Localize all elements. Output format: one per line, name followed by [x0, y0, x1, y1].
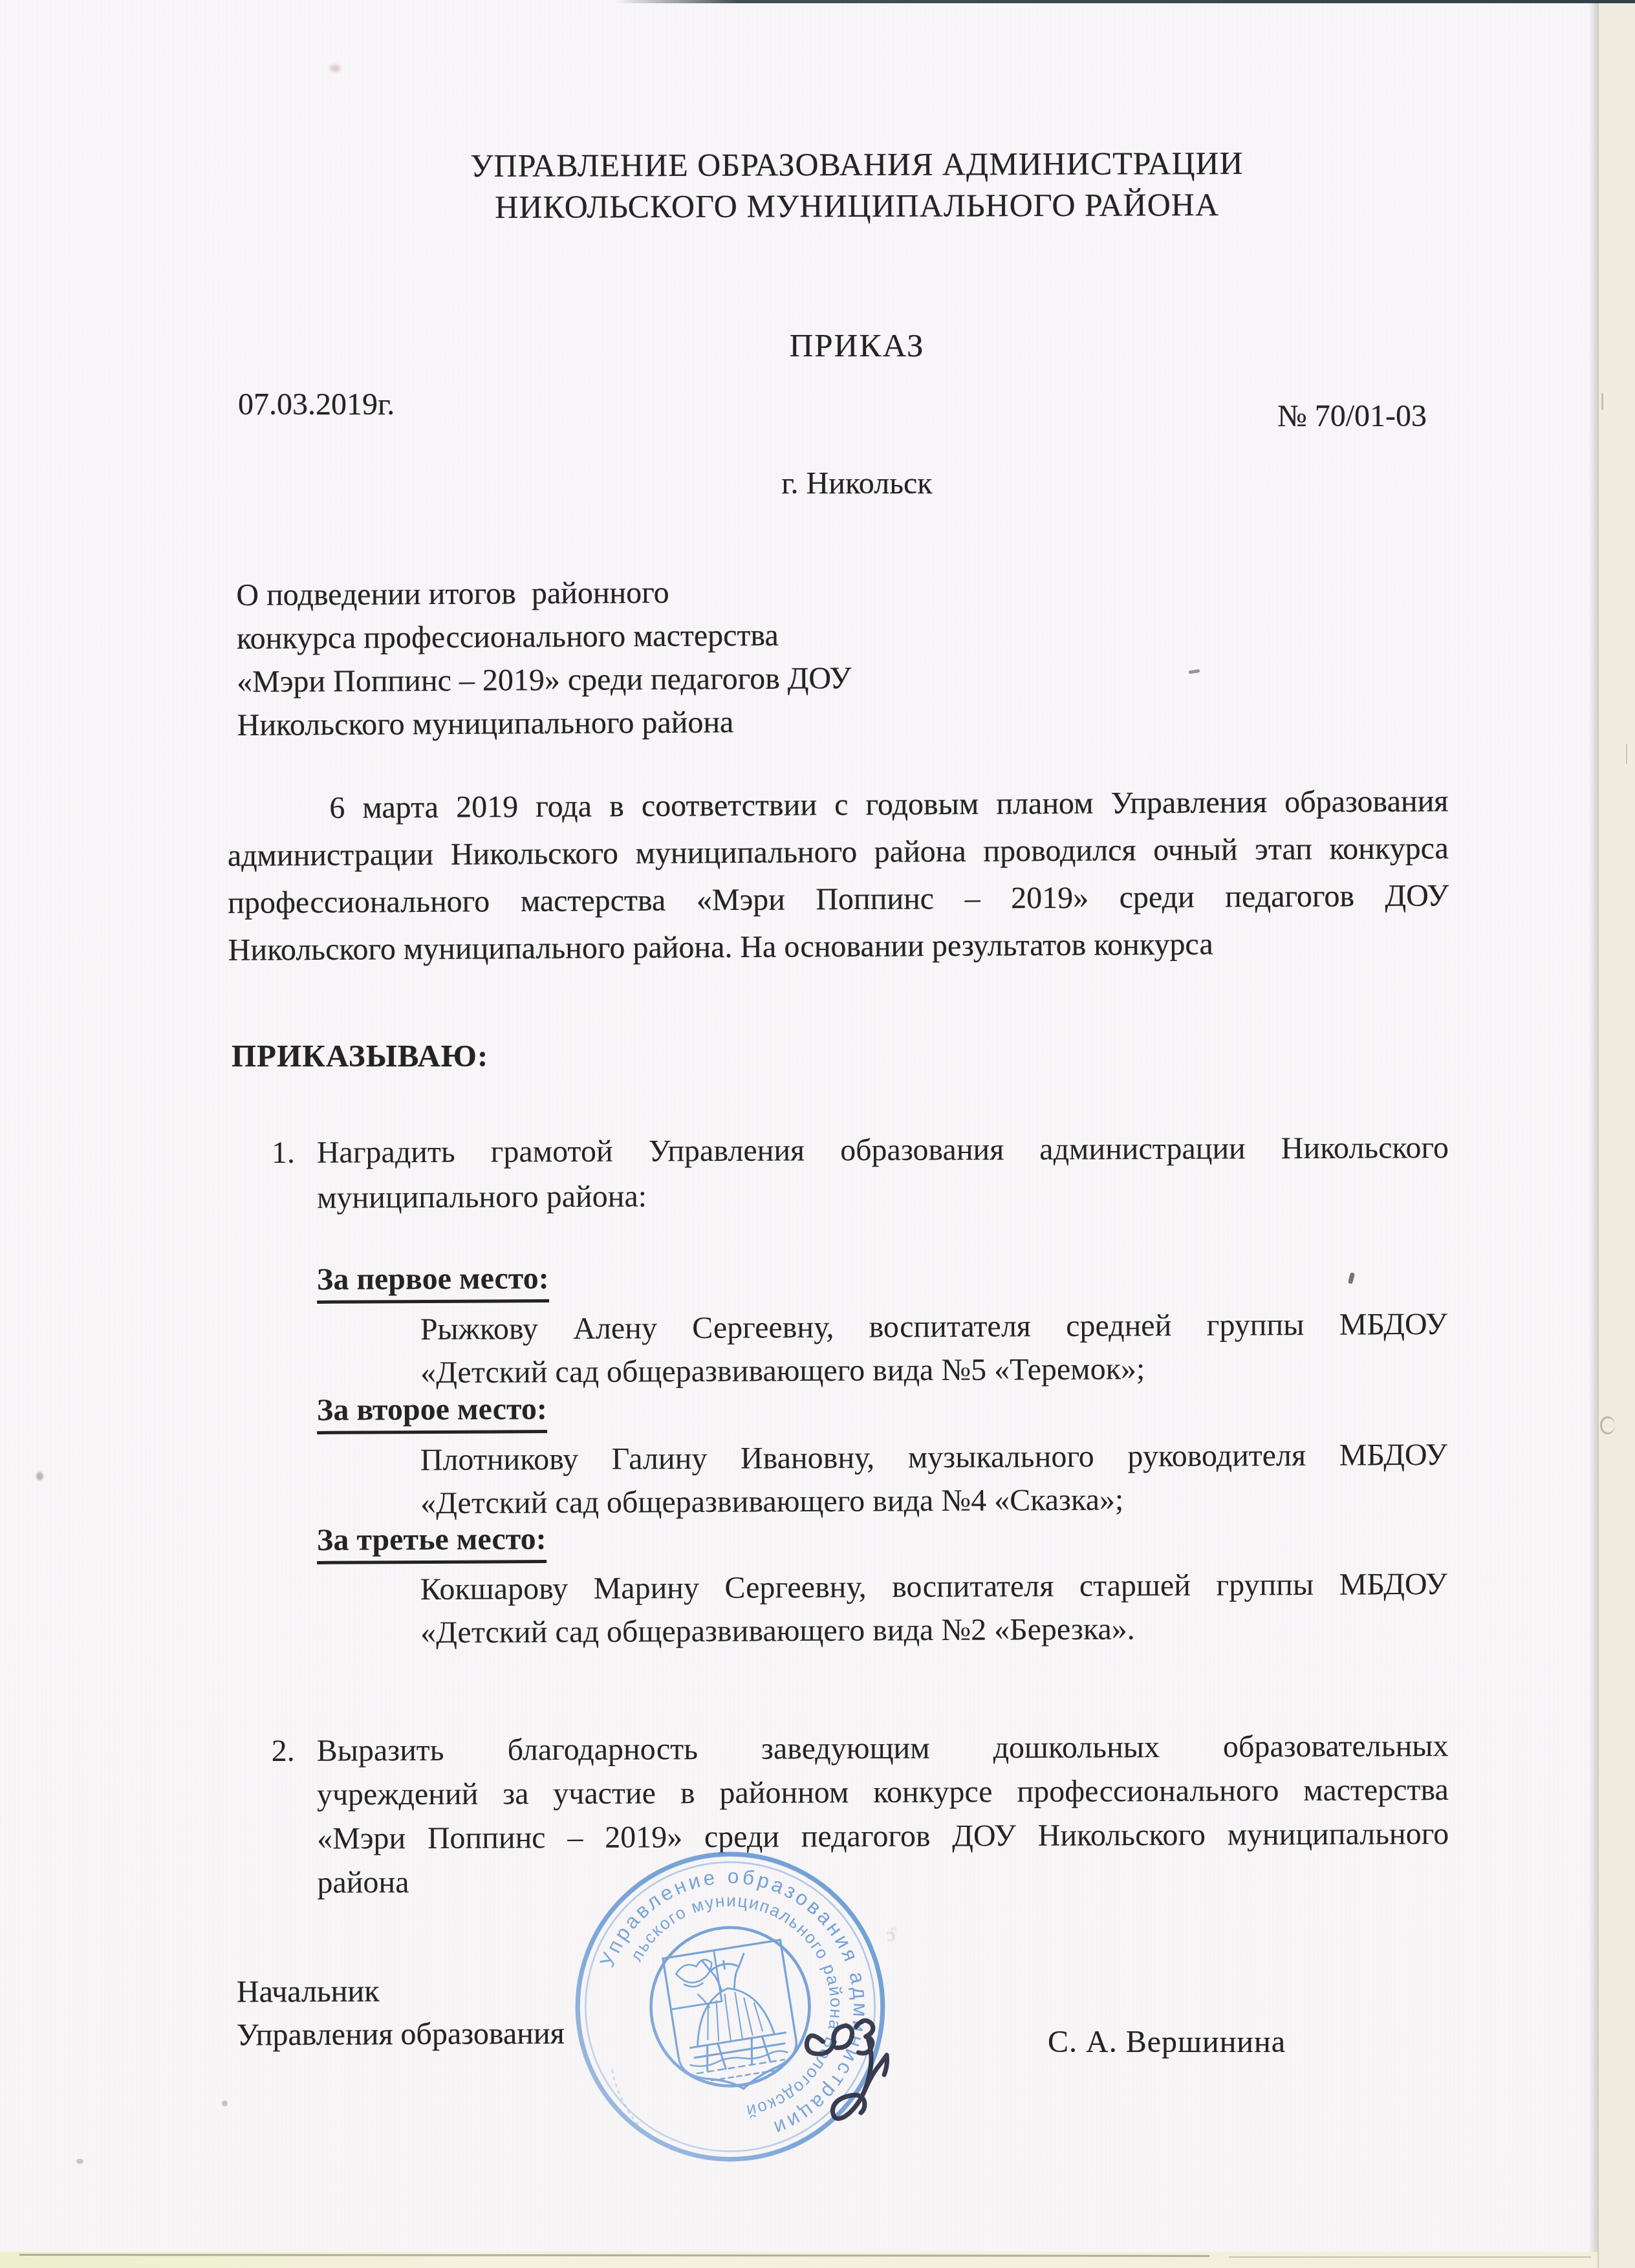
award-heading-third-place: За третье место: [317, 1521, 547, 1564]
org-name-line1: УПРАВЛЕНИЕ ОБРАЗОВАНИЯ АДМИНИСТРАЦИИ [255, 142, 1458, 187]
signer-position-line1: Начальник [237, 1973, 380, 2009]
signer-position-line2: Управления образования [237, 2016, 565, 2053]
org-name-line2: НИКОЛЬСКОГО МУНИЦИПАЛЬНОГО РАЙОНА [255, 183, 1458, 228]
award-heading-second-place: За второе место: [317, 1391, 547, 1434]
resolution-heading: ПРИКАЗЫВАЮ: [232, 1037, 488, 1074]
item-line: муниципального района: [317, 1171, 1449, 1221]
scan-speck [36, 1472, 43, 1480]
scan-speck [330, 65, 340, 72]
award-recipient-third: Кокшарову Марину Сергеевну, воспитателя … [420, 1562, 1448, 1654]
scan-edge-line-top [614, 0, 1635, 3]
doc-date: 07.03.2019г. [238, 387, 395, 422]
award-line: «Детский сад общеразвивающего вида №4 «С… [420, 1476, 1447, 1525]
intro-line: 6 марта 2019 года в соответствии с годов… [227, 777, 1448, 832]
doc-number: № 70/01-03 [1277, 398, 1427, 434]
scan-edge-line-bottom-2 [1229, 2256, 1591, 2258]
award-heading-first-place: За первое место: [317, 1260, 549, 1304]
item-number: 2. [271, 1729, 294, 1773]
doc-city: г. Никольск [255, 466, 1458, 501]
doc-subject: О подведении итогов районного конкурса п… [236, 570, 852, 747]
scan-speck [1189, 669, 1200, 674]
scan-speck [76, 2159, 83, 2164]
scan-speck [222, 2101, 228, 2106]
scanned-order-document: УПРАВЛЕНИЕ ОБРАЗОВАНИЯ АДМИНИСТРАЦИИ НИК… [0, 0, 1635, 2268]
award-line: Плотникову Галину Ивановну, музыкального… [420, 1433, 1447, 1482]
award-recipient-second: Плотникову Галину Ивановну, музыкального… [420, 1433, 1448, 1525]
intro-paragraph: 6 марта 2019 года в соответствии с годов… [227, 777, 1449, 974]
item-line: учреждений за участие в районном конкурс… [317, 1768, 1449, 1817]
stamp-emblem-bale [677, 1949, 790, 2074]
item-line: Наградить грамотой Управления образовани… [317, 1125, 1449, 1176]
award-recipient-first: Рыжкову Алену Сергеевну, воспитателя сре… [420, 1302, 1448, 1394]
subject-line: О подведении итогов районного [236, 570, 851, 617]
scan-speck [1626, 744, 1627, 764]
scan-edge-shadow-right [1588, 0, 1599, 2268]
item-number: 1. [272, 1130, 295, 1176]
award-line: Рыжкову Алену Сергеевну, воспитателя сре… [420, 1302, 1447, 1351]
org-header: УПРАВЛЕНИЕ ОБРАЗОВАНИЯ АДМИНИСТРАЦИИ НИК… [255, 142, 1458, 228]
signature-stroke [807, 2020, 887, 2119]
stamp-emblem-shield [663, 1940, 803, 2099]
signer-name: С. А. Вершинина [1048, 2024, 1286, 2060]
intro-line: администрации Никольского муниципального… [228, 825, 1449, 880]
item-line: Выразить благодарность заведующим дошкол… [316, 1724, 1448, 1773]
award-line: «Детский сад общеразвивающего вида №5 «Т… [420, 1346, 1447, 1394]
handwritten-signature [801, 2013, 899, 2139]
award-line: «Детский сад общеразвивающего вида №2 «Б… [420, 1606, 1447, 1654]
scan-speck [1600, 1416, 1615, 1434]
scan-speck [1601, 393, 1603, 410]
intro-line: профессионального мастерства «Мэри Поппи… [228, 872, 1449, 927]
award-line: Кокшарову Марину Сергеевну, воспитателя … [420, 1562, 1447, 1611]
intro-line: Никольского муниципального района. На ос… [228, 919, 1449, 974]
scan-speck [1348, 1272, 1355, 1284]
scan-smudge: ɔ̈ [884, 1919, 916, 1947]
subject-line: Никольского муниципального района [237, 700, 852, 747]
scan-edge-strip-right [1597, 0, 1635, 2268]
subject-line: конкурса профессионального мастерства [237, 613, 852, 660]
doc-type-title: ПРИКАЗ [255, 327, 1458, 365]
order-item-1: 1. Наградить грамотой Управления образов… [272, 1125, 1449, 1221]
subject-line: «Мэри Поппинс – 2019» среди педагогов ДО… [237, 656, 852, 704]
